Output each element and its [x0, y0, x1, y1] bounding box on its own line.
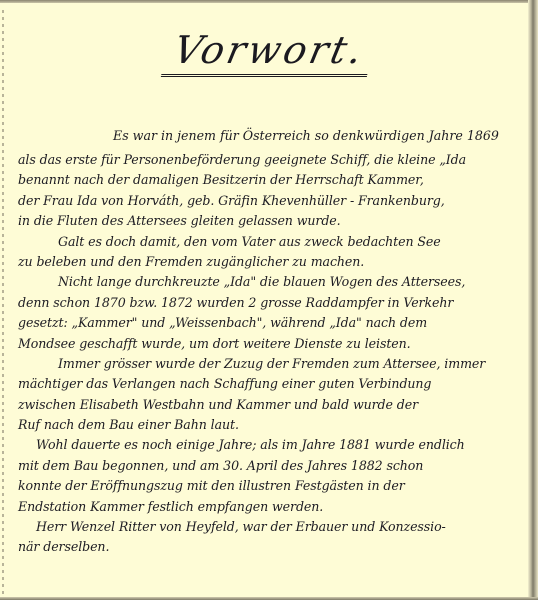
paragraph-1-line-2: als das erste für Personenbeförderung ge…: [18, 150, 518, 170]
paragraph-4-line-3: zwischen Elisabeth Westbahn und Kammer u…: [18, 395, 518, 415]
paragraph-3-line-3: gesetzt: „Kammer" und „Weissenbach", wäh…: [18, 313, 518, 333]
title-container: Vorwort.: [0, 28, 538, 77]
paragraph-5-line-5: Herr Wenzel Ritter von Heyfeld, war der …: [18, 517, 518, 537]
paragraph-5-line-4: Endstation Kammer festlich empfangen wer…: [18, 497, 518, 517]
paragraph-1-line-4: der Frau Ida von Horváth, geb. Gräfin Kh…: [18, 191, 518, 211]
paragraph-5-line-3: konnte der Eröffnungszug mit den illustr…: [18, 476, 518, 496]
paragraph-1-line-5: in die Fluten des Attersees gleiten gela…: [18, 211, 518, 231]
page-edge-left: [2, 10, 4, 595]
paragraph-2-line-2: zu beleben und den Fremden zugänglicher …: [18, 252, 518, 272]
page-title: Vorwort.: [161, 28, 377, 77]
paragraph-3-line-4: Mondsee geschafft wurde, um dort weitere…: [18, 334, 518, 354]
paragraph-5-line-1: Wohl dauerte es noch einige Jahre; als i…: [18, 435, 518, 455]
paragraph-4-line-4: Ruf nach dem Bau einer Bahn laut.: [18, 415, 518, 435]
handwritten-text-body: als das erste für Personenbeförderung ge…: [18, 150, 518, 558]
paragraph-5-line-2: mit dem Bau begonnen, und am 30. April d…: [18, 456, 518, 476]
page-edge-top: [0, 0, 538, 3]
paragraph-1-line-1: Es war in jenem für Österreich so denkwü…: [113, 128, 499, 143]
paragraph-3-line-1: Nicht lange durchkreuzte „Ida" die blaue…: [18, 272, 518, 292]
paragraph-3-line-2: denn schon 1870 bzw. 1872 wurden 2 gross…: [18, 293, 518, 313]
paragraph-4-line-1: Immer grösser wurde der Zuzug der Fremde…: [18, 354, 518, 374]
page-edge-right: [528, 0, 538, 600]
paragraph-1-line-3: benannt nach der damaligen Besitzerin de…: [18, 170, 518, 190]
paragraph-4-line-2: mächtiger das Verlangen nach Schaffung e…: [18, 374, 518, 394]
paragraph-5-line-6: när derselben.: [18, 537, 518, 557]
document-page: Vorwort. Es war in jenem für Österreich …: [0, 0, 538, 600]
paragraph-2-line-1: Galt es doch damit, den vom Vater aus zw…: [18, 232, 518, 252]
